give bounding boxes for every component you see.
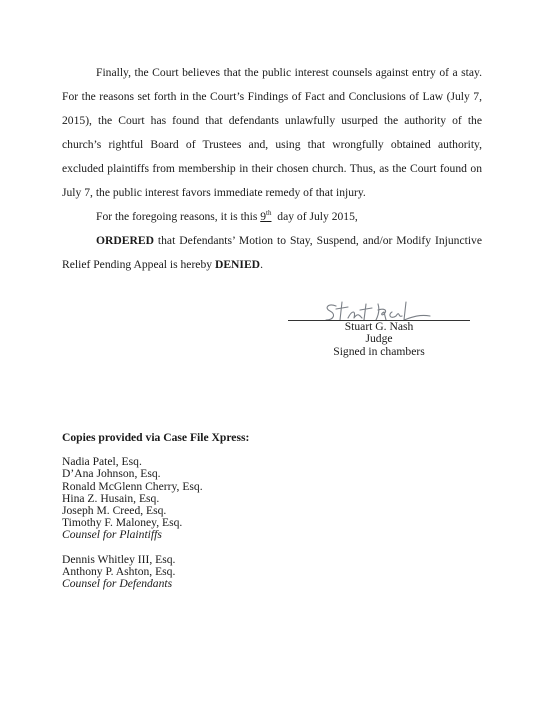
paragraph-public-interest: Finally, the Court believes that the pub… xyxy=(62,61,482,205)
counsel-role: Counsel for Defendants xyxy=(62,578,322,590)
counsel-role: Counsel for Plaintiffs xyxy=(62,529,322,541)
ordered-label: ORDERED xyxy=(96,234,154,247)
judge-title: Judge xyxy=(288,333,470,345)
counsel-name: D’Ana Johnson, Esq. xyxy=(62,468,322,480)
counsel-name: Ronald McGlenn Cherry, Esq. xyxy=(62,481,322,493)
copies-header: Copies provided via Case File Xpress: xyxy=(62,432,322,444)
order-end: . xyxy=(260,258,263,271)
plaintiffs-counsel-group: Nadia Patel, Esq. D’Ana Johnson, Esq. Ro… xyxy=(62,456,322,541)
signed-note: Signed in chambers xyxy=(288,346,470,358)
defendants-counsel-group: Dennis Whitley III, Esq. Anthony P. Asht… xyxy=(62,554,322,591)
paragraph-date: For the foregoing reasons, it is this 9t… xyxy=(62,205,482,229)
paragraph-order: ORDERED that Defendants’ Motion to Stay,… xyxy=(62,229,482,277)
date-day: 9th xyxy=(260,210,271,223)
document-page: Finally, the Court believes that the pub… xyxy=(0,0,545,705)
signature-block: Stuart G. Nash Judge Signed in chambers xyxy=(288,321,470,358)
date-prefix: For the foregoing reasons, it is this xyxy=(96,210,260,223)
order-result: DENIED xyxy=(215,258,260,271)
copies-section: Copies provided via Case File Xpress: Na… xyxy=(62,432,322,603)
date-suffix: day of July 2015, xyxy=(271,210,357,223)
